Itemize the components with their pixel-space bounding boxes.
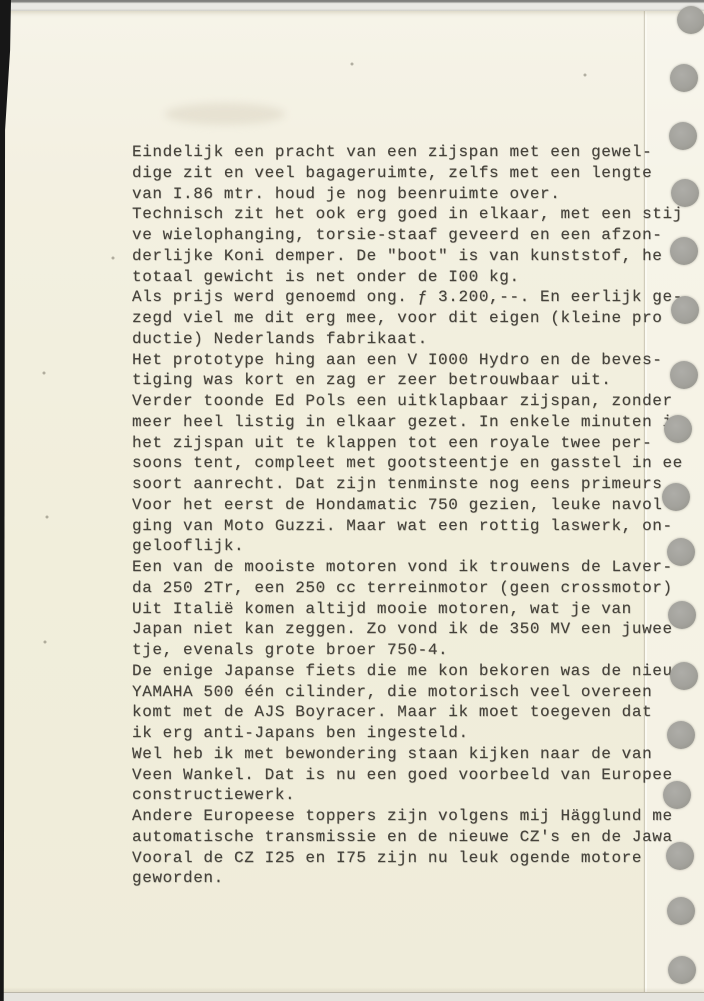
text-line: Japan niet kan zeggen. Zo vond ik de 350… [132,619,704,640]
text-line: da 250 2Tr, een 250 cc terreinmotor (gee… [132,578,704,599]
scan-bottom-edge [0,992,704,1001]
text-line: Vooral de CZ I25 en I75 zijn nu leuk oge… [132,848,704,869]
text-line: geworden. [132,868,704,889]
text-line: totaal gewicht is net onder de I00 kg. [132,267,704,288]
scan-top-edge [0,0,704,11]
text-line: het zijspan uit te klappen tot een royal… [132,433,704,454]
text-line: ging van Moto Guzzi. Maar wat een rottig… [132,516,704,537]
text-line: soort aanrecht. Dat zijn tenminste nog e… [132,474,704,495]
text-line: Voor het eerst de Hondamatic 750 gezien,… [132,495,704,516]
text-line: soons tent, compleet met gootsteentje en… [132,453,704,474]
text-line: YAMAHA 500 één cilinder, die motorisch v… [132,682,704,703]
text-line: constructiewerk. [132,785,704,806]
text-line: automatische transmissie en de nieuwe CZ… [132,827,704,848]
text-line: Als prijs werd genoemd ong. ƒ 3.200,--. … [132,287,704,308]
text-line: Een van de mooiste motoren vond ik trouw… [132,557,704,578]
text-line: ik erg anti-Japans ben ingesteld. [132,723,704,744]
text-line: van I.86 mtr. houd je nog beenruimte ove… [132,184,704,205]
text-line: derlijke Koni demper. De "boot" is van k… [132,246,704,267]
text-line: Andere Europeese toppers zijn volgens mi… [132,806,704,827]
text-line: Wel heb ik met bewondering staan kijken … [132,744,704,765]
text-line: Veen Wankel. Dat is nu een goed voorbeel… [132,765,704,786]
text-line: ve wielophanging, torsie-staaf geveerd e… [132,225,704,246]
text-line: gelooflijk. [132,536,704,557]
text-line: ductie) Nederlands fabrikaat. [132,329,704,350]
text-line: Verder toonde Ed Pols een uitklapbaar zi… [132,391,704,412]
typewritten-text: Eindelijk een pracht van een zijspan met… [132,142,704,889]
text-line: komt met de AJS Boyracer. Maar ik moet t… [132,702,704,723]
text-line: Uit Italië komen altijd mooie motoren, w… [132,599,704,620]
text-line: Het prototype hing aan een V I000 Hydro … [132,350,704,371]
text-line: meer heel listig in elkaar gezet. In enk… [132,412,704,433]
text-line: tje, evenals grote broer 750-4. [132,640,704,661]
text-line: Eindelijk een pracht van een zijspan met… [132,142,704,163]
text-line: zegd viel me dit erg mee, voor dit eigen… [132,308,704,329]
text-line: Technisch zit het ook erg goed in elkaar… [132,204,704,225]
scanned-document-page: Eindelijk een pracht van een zijspan met… [0,0,704,1001]
text-line: tiging was kort en zag er zeer betrouwba… [132,370,704,391]
scan-smudge [165,103,285,125]
text-line: De enige Japanse fiets die me kon bekore… [132,661,704,682]
text-line: dige zit en veel bagageruimte, zelfs met… [132,163,704,184]
